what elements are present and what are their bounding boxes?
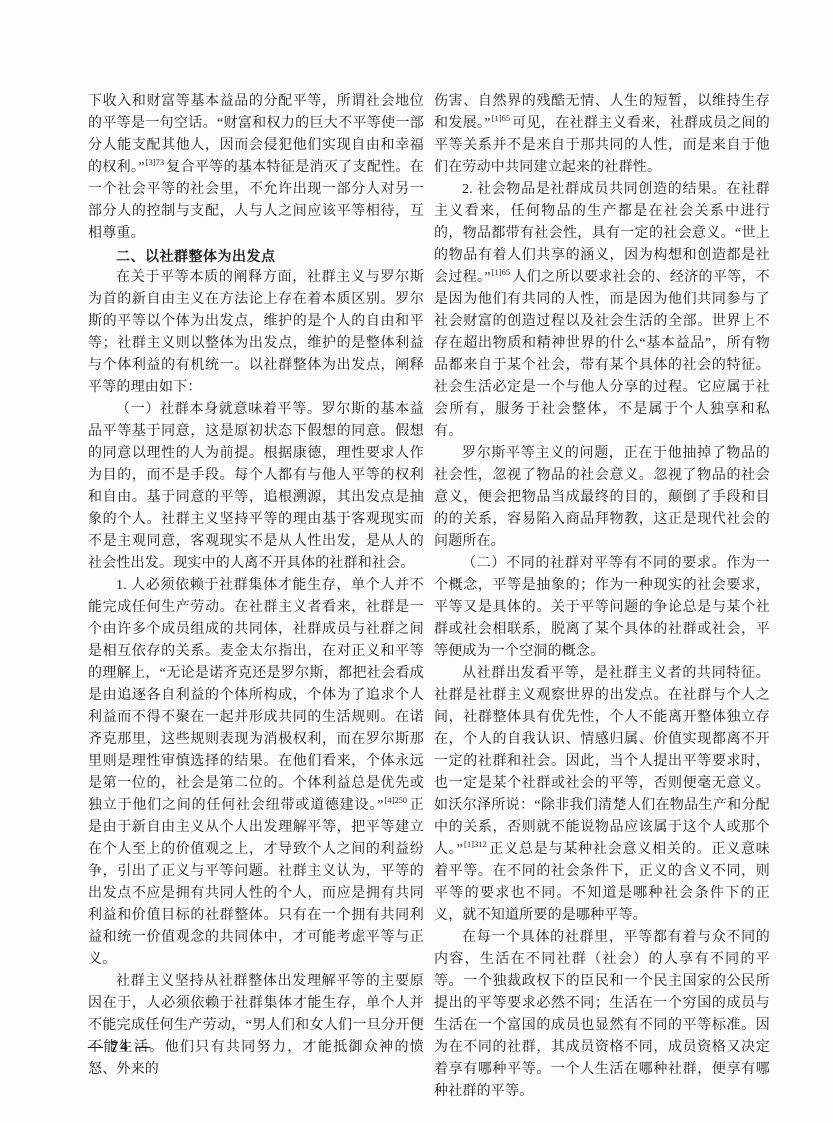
paragraph-complex-equality: 下收入和财富等基本益品的分配平等，所谓社会地位的平等是一句空话。“财富和权力的巨… [88, 91, 424, 245]
paragraph-main-reason: 社群主义坚持从社群整体出发理解平等的主要原因在于，人必须依赖于社群集体才能生存，… [88, 971, 424, 1081]
citation-ref: [1]65 [492, 267, 510, 277]
paragraph-social-goods: 2. 社会物品是社群成员共同创造的结果。在社群主义看来，任何物品的生产都是在社会… [434, 179, 770, 443]
paragraph-dependence-on-community: 1. 人必须依赖于社群集体才能生存，单个人并不能完成任何生产劳动。在社群主义者看… [88, 575, 424, 971]
paragraph-methodology-difference: 在关于平等本质的阐释方面，社群主义与罗尔斯为首的新自由主义在方法论上存在着本质区… [88, 267, 424, 399]
citation-ref: [1]65 [492, 113, 510, 123]
paragraph-different-demands: （二）不同的社群对平等有不同的要求。作为一个概念，平等是抽象的；作为一种现实的社… [434, 553, 770, 663]
citation-ref: [4]250 [385, 795, 408, 805]
left-column: 下收入和财富等基本益品的分配平等，所谓社会地位的平等是一句空话。“财富和权力的巨… [88, 91, 424, 1103]
text-columns: 下收入和财富等基本益品的分配平等，所谓社会地位的平等是一句空话。“财富和权力的巨… [88, 91, 770, 1103]
paragraph-community-means-equality: （一）社群本身就意味着平等。罗尔斯的基本益品平等基于同意，这是原初状态下假想的同… [88, 399, 424, 575]
paper-page: 下收入和财富等基本益品的分配平等，所谓社会地位的平等是一句空话。“财富和权力的巨… [0, 0, 833, 1123]
paragraph-rawls-problem: 罗尔斯平等主义的问题，正在于他抽掉了物品的社会性，忽视了物品的社会意义。忽视了物… [434, 443, 770, 553]
right-column: 伤害、自然界的残酷无情、人生的短暂，以维持生存和发展。”[1]65可见，在社群主… [434, 91, 770, 1103]
page-number: — 74 — [88, 1039, 153, 1056]
citation-ref: [1]312 [464, 839, 487, 849]
paragraph-concrete-community: 在每一个具体的社群里，平等都有着与众不同的内容，生活在不同社群（社会）的人享有不… [434, 927, 770, 1103]
citation-ref: [3]73 [146, 157, 164, 167]
paragraph-community-standpoint: 从社群出发看平等，是社群主义者的共同特征。社群是社群主义观察世界的出发点。在社群… [434, 663, 770, 927]
paragraph-survival-continuation: 伤害、自然界的残酷无情、人生的短暂，以维持生存和发展。”[1]65可见，在社群主… [434, 91, 770, 179]
section-heading-2: 二、以社群整体为出发点 [88, 245, 424, 267]
